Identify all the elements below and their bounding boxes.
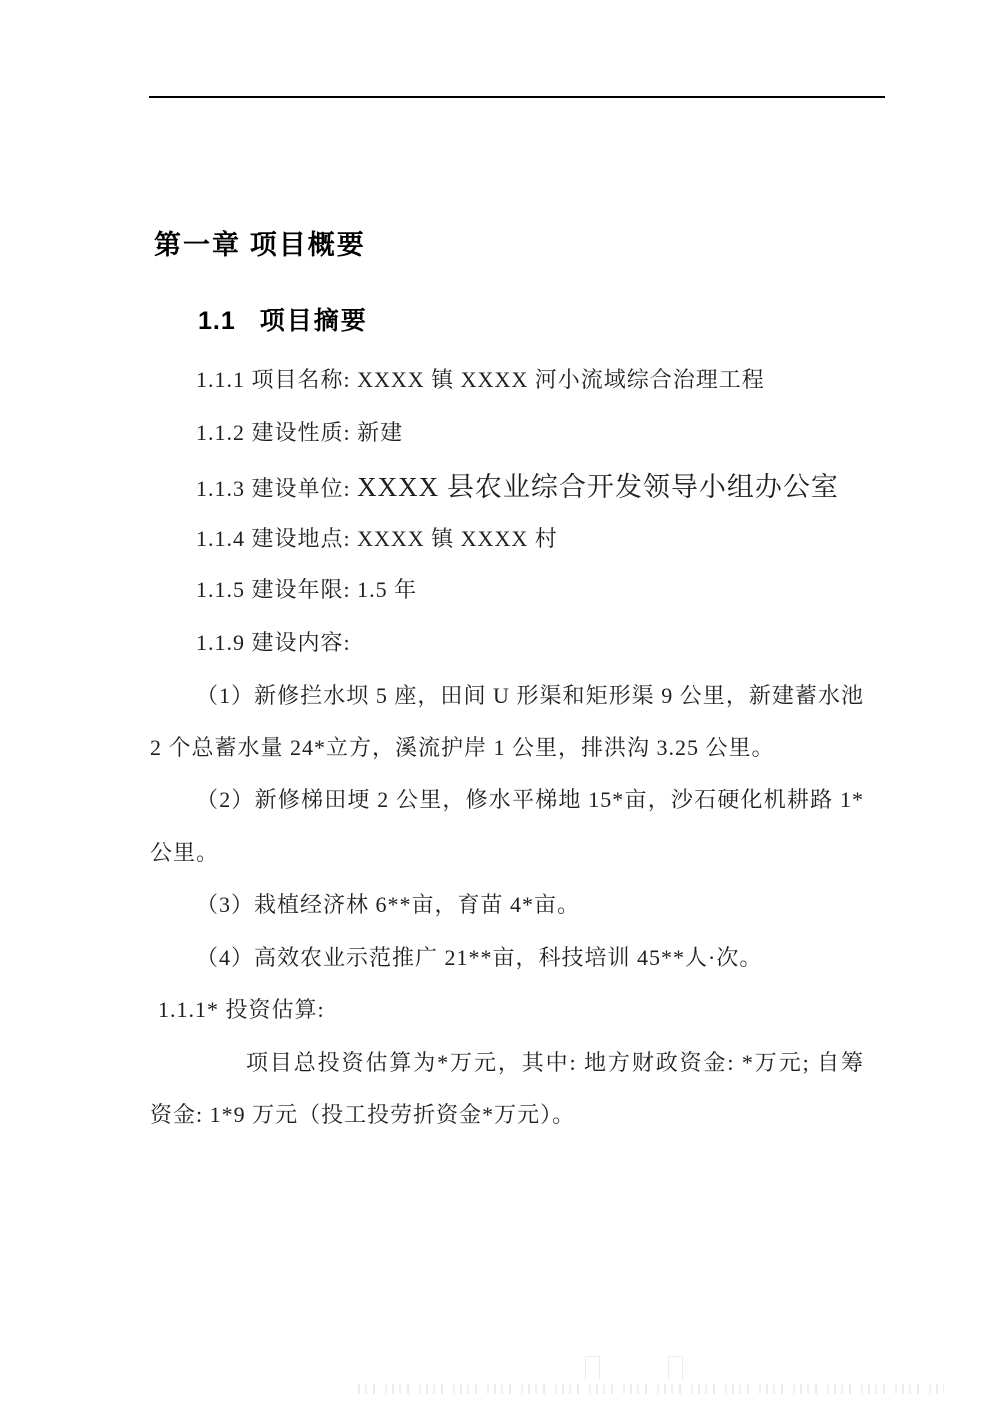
line-investment-estimate-heading: 1.1.1* 投资估算: bbox=[158, 997, 325, 1023]
watermark-strip bbox=[358, 1380, 944, 1404]
section-number: 1.1 bbox=[198, 307, 236, 335]
content-item-1-line-2: 2 个总蓄水量 24*立方，溪流护岸 1 公里，排洪沟 3.25 公里。 bbox=[150, 735, 775, 761]
content-item-4: （4）高效农业示范推广 21**亩，科技培训 45**人·次。 bbox=[196, 945, 762, 971]
investment-paragraph-line-1: 项目总投资估算为*万元，其中: 地方财政资金: *万元; 自筹 bbox=[246, 1050, 864, 1076]
watermark-glyph-top-2 bbox=[668, 1356, 683, 1380]
content-item-2-line-1: （2）新修梯田埂 2 公里，修水平梯地 15*亩，沙石硬化机耕路 1* bbox=[196, 787, 864, 813]
investment-paragraph-line-2: 资金: 1*9 万元（投工投劳折资金*万元）。 bbox=[150, 1102, 575, 1128]
line-construction-nature: 1.1.2 建设性质: 新建 bbox=[196, 420, 403, 446]
section-heading: 1.1项目摘要 bbox=[198, 306, 368, 336]
line-project-name: 1.1.1 项目名称: XXXX 镇 XXXX 河小流域综合治理工程 bbox=[196, 367, 765, 393]
page-header-rule bbox=[149, 96, 885, 98]
line-construction-site: 1.1.4 建设地点: XXXX 镇 XXXX 村 bbox=[196, 526, 558, 552]
line-construction-content-heading: 1.1.9 建设内容: bbox=[196, 630, 351, 656]
line-construction-period: 1.1.5 建设年限: 1.5 年 bbox=[196, 577, 417, 603]
construction-unit-value: XXXX 县农业综合开发领导小组办公室 bbox=[357, 472, 839, 502]
content-item-2-line-2: 公里。 bbox=[150, 840, 219, 866]
watermark-glyph-top-1 bbox=[585, 1356, 600, 1380]
content-item-1-line-1: （1）新修拦水坝 5 座，田间 U 形渠和矩形渠 9 公里，新建蓄水池 bbox=[196, 683, 864, 709]
content-item-3: （3）栽植经济林 6**亩，育苗 4*亩。 bbox=[196, 892, 580, 918]
construction-unit-label: 1.1.3 建设单位: bbox=[196, 476, 357, 501]
section-title: 项目摘要 bbox=[260, 307, 368, 335]
chapter-title: 第一章 项目概要 bbox=[154, 229, 366, 261]
line-construction-unit: 1.1.3 建设单位: XXXX 县农业综合开发领导小组办公室 bbox=[196, 471, 839, 503]
document-page: 第一章 项目概要 1.1项目摘要 1.1.1 项目名称: XXXX 镇 XXXX… bbox=[0, 0, 993, 1404]
